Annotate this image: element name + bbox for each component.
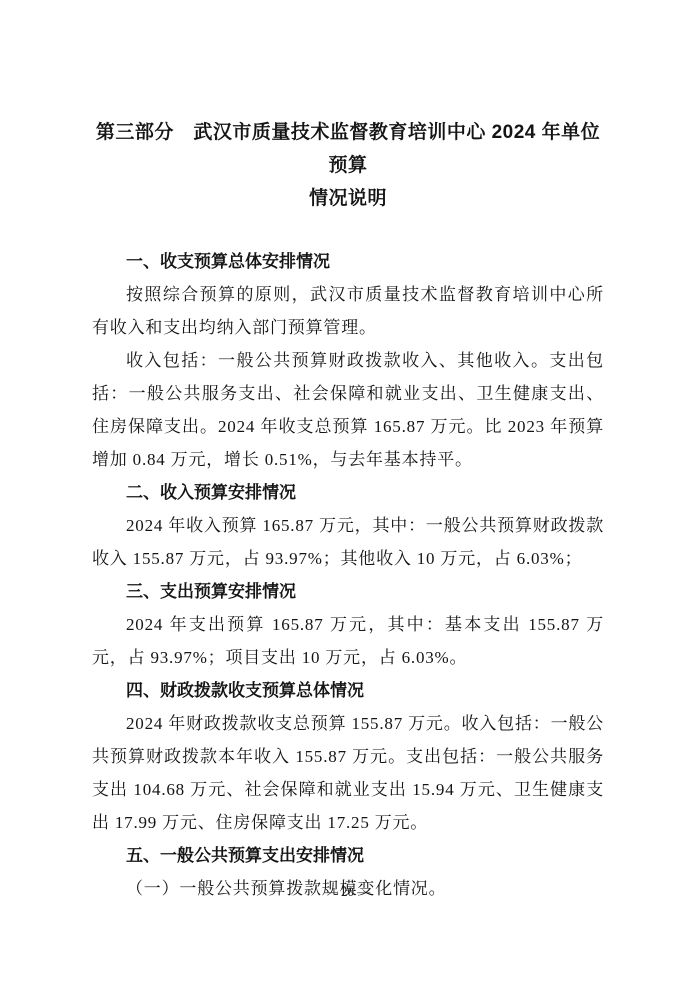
section-heading-2: 二、收入预算安排情况 [92, 476, 604, 509]
document-title: 第三部分 武汉市质量技术监督教育培训中心 2024 年单位预算 情况说明 [92, 116, 604, 215]
section-2-paragraph-1: 2024 年收入预算 165.87 万元，其中：一般公共预算财政拨款收入 155… [92, 509, 604, 575]
document-title-line2: 情况说明 [92, 182, 604, 215]
section-3-paragraph-1: 2024 年支出预算 165.87 万元，其中：基本支出 155.87 万元，占… [92, 608, 604, 674]
section-heading-1: 一、收支预算总体安排情况 [92, 245, 604, 278]
document-title-line1: 第三部分 武汉市质量技术监督教育培训中心 2024 年单位预算 [92, 116, 604, 182]
section-1-paragraph-2: 收入包括：一般公共预算财政拨款收入、其他收入。支出包括：一般公共服务支出、社会保… [92, 344, 604, 476]
section-4-paragraph-1: 2024 年财政拨款收支总预算 155.87 万元。收入包括：一般公共预算财政拨… [92, 707, 604, 839]
section-1-paragraph-1: 按照综合预算的原则，武汉市质量技术监督教育培训中心所有收入和支出均纳入部门预算管… [92, 278, 604, 344]
section-heading-5: 五、一般公共预算支出安排情况 [92, 839, 604, 872]
section-heading-4: 四、财政拨款收支预算总体情况 [92, 674, 604, 707]
page-number: — 20 — [0, 884, 695, 900]
document-content: 第三部分 武汉市质量技术监督教育培训中心 2024 年单位预算 情况说明 一、收… [92, 116, 604, 905]
section-heading-3: 三、支出预算安排情况 [92, 575, 604, 608]
document-page: 第三部分 武汉市质量技术监督教育培训中心 2024 年单位预算 情况说明 一、收… [0, 0, 695, 983]
